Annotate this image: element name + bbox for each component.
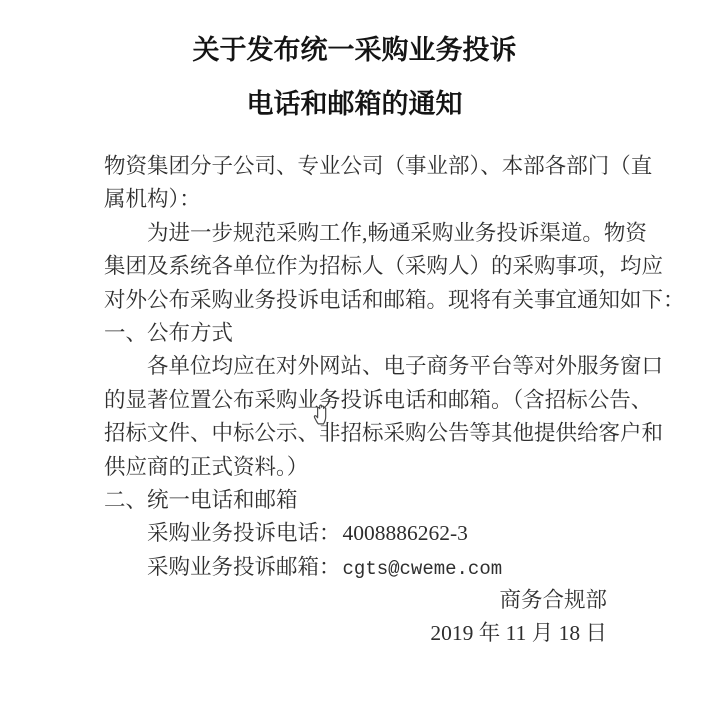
document-title-line-1: 关于发布统一采购业务投诉	[0, 23, 709, 77]
contact-email-value: cgts@cweme.com	[341, 558, 503, 580]
body-line: 各单位均应在对外网站、电子商务平台等对外服务窗口	[104, 350, 618, 383]
body-line: 招标文件、中标公示、非招标采购公告等其他提供给客户和	[104, 417, 618, 450]
body-line: 对外公布采购业务投诉电话和邮箱。现将有关事宜通知如下：	[104, 284, 618, 317]
body-line: 供应商的正式资料。）	[104, 451, 618, 484]
notice-document-page: 关于发布统一采购业务投诉 电话和邮箱的通知 物资集团分子公司、专业公司（事业部）…	[0, 0, 709, 704]
body-line: 属机构）：	[104, 183, 618, 216]
signature-date: 2019 年 11 月 18 日	[104, 617, 618, 650]
document-body: 物资集团分子公司、专业公司（事业部）、本部各部门（直 属机构）： 为进一步规范采…	[104, 150, 618, 651]
document-title: 关于发布统一采购业务投诉 电话和邮箱的通知	[0, 23, 709, 131]
contact-phone-label: 采购业务投诉电话：	[147, 521, 341, 545]
section-heading-2: 二、统一电话和邮箱	[104, 484, 618, 517]
body-line: 为进一步规范采购工作,畅通采购业务投诉渠道。物资	[104, 217, 618, 250]
body-line: 的显著位置公布采购业务投诉电话和邮箱。（含招标公告、	[104, 384, 618, 417]
body-line: 集团及系统各单位作为招标人（采购人）的采购事项，均应	[104, 250, 618, 283]
contact-phone-value: 4008886262-3	[341, 521, 468, 545]
contact-email-label: 采购业务投诉邮箱：	[147, 555, 341, 579]
document-title-line-2: 电话和邮箱的通知	[0, 77, 709, 131]
section-heading-1: 一、公布方式	[104, 317, 618, 350]
body-line: 物资集团分子公司、专业公司（事业部）、本部各部门（直	[104, 150, 618, 183]
contact-phone-line: 采购业务投诉电话：4008886262-3	[104, 517, 618, 550]
contact-email-line: 采购业务投诉邮箱：cgts@cweme.com	[104, 551, 618, 584]
signature-department: 商务合规部	[104, 584, 618, 617]
